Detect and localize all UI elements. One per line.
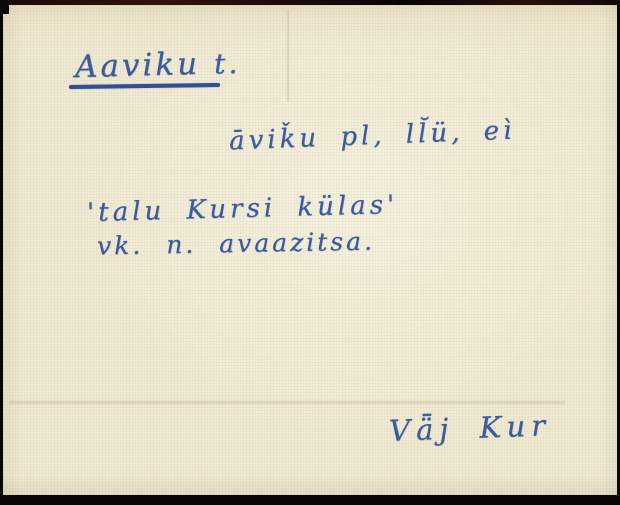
place-name-suffix: t. <box>214 47 241 81</box>
horizontal-crease <box>9 401 565 404</box>
location-line: 'talu Kursi külas' <box>87 190 399 228</box>
place-name-word: Aaviku <box>75 46 201 85</box>
name-variant-line: vk. n. avaazitsa. <box>97 227 375 261</box>
card-paper: Aavikut. āviǩu pl, ll̆ü, eì 'talu Kursi … <box>3 5 617 495</box>
scan-corner-notch <box>0 0 9 14</box>
place-name-heading: Aavikut. <box>75 45 241 85</box>
scanned-card: Aavikut. āviǩu pl, ll̆ü, eì 'talu Kursi … <box>0 0 620 505</box>
phonetic-notes-line: āviǩu pl, ll̆ü, eì <box>229 116 516 157</box>
heading-underline <box>69 83 220 89</box>
vertical-crease <box>287 10 289 102</box>
collector-signature: Vǟj Kur <box>388 408 551 448</box>
